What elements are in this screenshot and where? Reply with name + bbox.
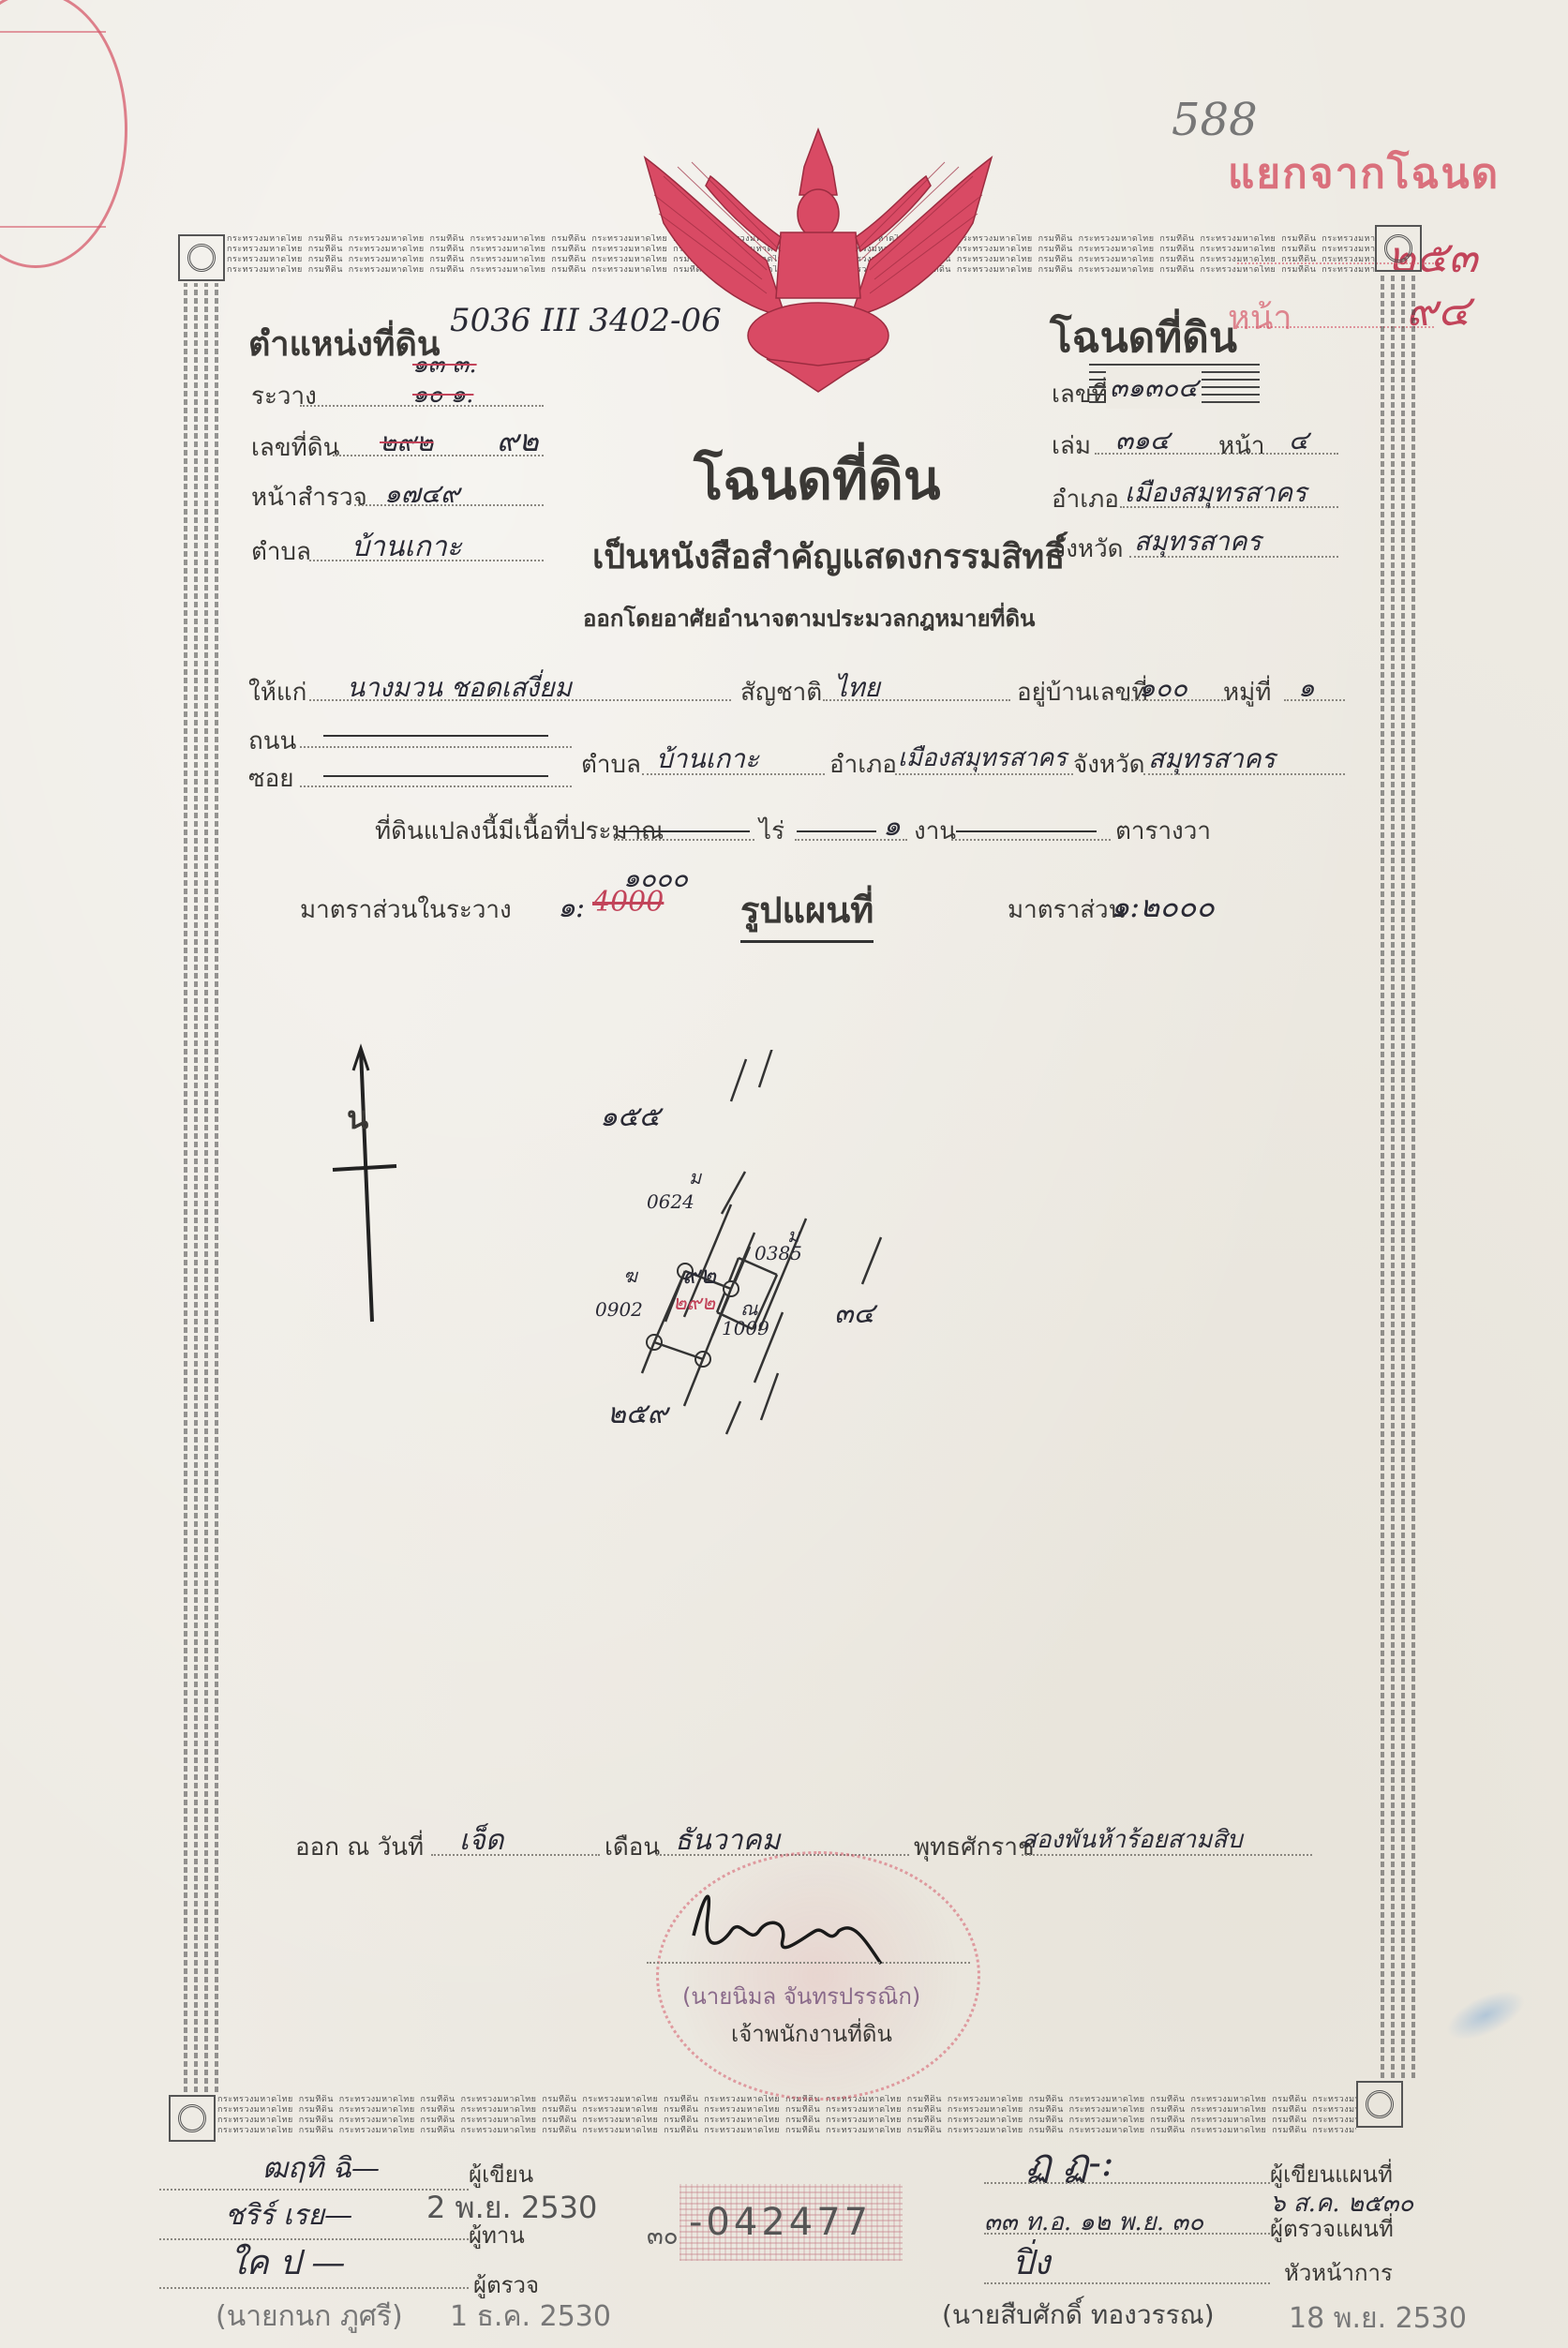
head-signature: ปิ่ง [1012,2236,1050,2289]
head-dotline [984,2282,1270,2284]
survey-page-label: หน้าสำรวจ [251,478,367,516]
soi-blank-line [323,775,548,777]
owner-district-label: อำเภอ [829,745,897,784]
wa-dotline [951,839,1111,841]
officer-signature-dotline [647,1962,970,1964]
deed-number-value: ๓๑๓๐๔ [1106,367,1202,409]
subdistrict-value: บ้านเกาะ [351,525,462,569]
issued-day-dotline [431,1854,600,1856]
red-stamp-separated-from-deed: แยกจากโฉนด [1228,141,1500,206]
corner-ornament-bottom-right [1356,2081,1403,2128]
rai-label: ไร่ [759,812,784,850]
road-label: ถนน [248,722,296,760]
rai-blank-line [619,830,750,832]
page-value: ๔ [1289,420,1308,461]
head-name: (นายสืบศักดิ์ ทองวรรณ) [942,2295,1215,2336]
neighbor-east: ๓๔ [834,1292,874,1336]
writer-signature: ฒฤทิ ฉิ— [262,2146,380,2191]
issued-month: ธันวาคม [675,1818,780,1862]
issued-year-label: พุทธศักราช [914,1828,1035,1866]
owner-district-value: เมืองสมุทรสาคร [898,739,1067,777]
moo-value: ๑ [1298,667,1315,709]
issued-label: ออก ณ วันที่ [295,1828,424,1866]
issued-year: สองพันห้าร้อยสามสิบ [1022,1820,1243,1859]
moo-label: หมู่ที่ [1223,673,1271,711]
microtext-border-bottom: กระทรวงมหาดไทย กรมที่ดิน กระทรวงมหาดไทย … [217,2095,1356,2136]
owner-subdistrict-value: บ้านเกาะ [656,739,759,780]
volume-value: ๓๑๔ [1115,420,1170,461]
checker-signature: ใค ป — [230,2236,345,2289]
owner-subdistrict-label: ตำบล [581,745,641,784]
sheet-scale-label: มาตราส่วนในระวาง [300,890,512,929]
parcel-label: เลขที่ดิน [251,428,339,467]
soi-label: ซอย [248,759,294,798]
reader-signature: ชริร์ เรย— [225,2193,352,2237]
house-no-label: อยู่บ้านเลขที่ [1017,673,1147,711]
deed-main-title: โฉนดที่ดิน [694,436,941,523]
issued-day: เจ็ด [459,1818,503,1862]
wa-blank-line [956,830,1097,832]
head-date-stamp: 18 พ.ย. 2530 [1289,2296,1467,2341]
officer-title: เจ้าพนักงานที่ดิน [731,2015,892,2052]
peg-mark-1009: ณ [740,1294,758,1324]
sheet-old-value: ๑๐ ๑. [412,375,473,413]
province-value: สมุทรสาคร [1134,521,1262,562]
subdistrict-label: ตำบล [251,532,311,571]
sheet-scale-new: ๑๐๐๐ [623,858,688,899]
map-checker-dotline [984,2233,1270,2235]
owner-name: นางมวน ชอดเสงี่ยม [347,667,572,709]
map-writer-dotline [984,2182,1270,2184]
wa-label: ตารางวา [1115,812,1211,850]
parcel-value: ๙๒ [497,417,539,465]
map-checker-label: ผู้ตรวจแผนที่ [1270,2210,1394,2247]
map-scale-label: มาตราส่วน [1008,890,1125,929]
district-value: เมืองสมุทรสาคร [1125,472,1307,514]
checker-date-stamp: 1 ธ.ค. 2530 [450,2295,611,2339]
red-stamp-page-label: หน้า [1228,291,1292,344]
ngan-blank-line [797,830,876,832]
head-label: หัวหน้าการ [1284,2254,1393,2291]
checker-dotline [159,2287,469,2289]
page-label: หน้า [1218,426,1265,465]
parcel-old-value: ๒๙๒ [380,422,433,463]
ngan-label: งาน [914,812,956,850]
map-title: รูปแผนที่ [740,881,874,943]
neighbor-north: ๑๕๕ [600,1095,660,1139]
garuda-emblem-icon [626,120,1010,401]
issued-month-label: เดือน [605,1828,660,1866]
microtext-border-right [1378,274,1419,2078]
nationality-label: สัญชาติ [740,673,822,711]
north-label: น [347,1092,368,1143]
reader-note: ๓๐ [647,2217,679,2255]
road-dotline [300,746,572,748]
officer-name: (นายนิมล จันทรปรรณิก) [682,1978,920,2014]
volume-label: เล่ม [1052,426,1091,465]
peg-label-0902: 0902 [595,1298,643,1321]
district-label: อำเภอ [1052,480,1119,518]
nationality-value: ไทย [834,667,880,709]
writer-dotline [159,2189,469,2191]
north-arrow-icon [323,1040,408,1340]
peg-mark-0624: ม [689,1162,701,1192]
parcel-red-label: ๒๙๒ [673,1286,715,1319]
deed-title-right: โฉนดที่ดิน [1050,305,1237,370]
corner-ornament-top-right [1375,225,1422,272]
serial-number: -042477 [689,2201,872,2244]
road-blank-line [323,735,548,737]
peg-mark-0902: ฆ [623,1261,637,1291]
corner-ornament-bottom-left [169,2095,216,2142]
peg-mark-0385: ม [787,1220,799,1250]
deed-subtitle: เป็นหนังสือสำคัญแสดงกรรมสิทธิ์ [592,530,1065,583]
sheet-label: ระวาง [251,377,317,415]
position-label: ตำแหน่งที่ดิน [248,317,440,370]
neighbor-south: ๒๕๙ [607,1392,667,1436]
position-value: 5036 III 3402-06 [450,302,722,339]
microtext-border-left [181,283,222,2092]
house-no-value: ๑๐๐ [1139,667,1187,709]
map-scale-value: ๑:๒๐๐๐ [1111,883,1215,931]
handwritten-top-number: 588 [1172,94,1258,146]
owner-province-label: จังหวัด [1073,745,1145,784]
owner-province-value: สมุทรสาคร [1148,739,1276,780]
survey-page-value: ๑๗๔๙ [384,473,460,515]
deed-issued-by: ออกโดยอาศัยอำนาจตามประมวลกฎหมายที่ดิน [583,600,1035,636]
corner-ornament-top-left [178,234,225,281]
owner-to-label: ให้แก่ [248,673,306,711]
peg-label-0624: 0624 [647,1190,694,1213]
soi-dotline [300,785,572,787]
officer-signature-icon [675,1879,918,1973]
ngan-value: ๑ [883,804,901,848]
reader-label: ผู้ทาน [469,2217,525,2253]
checker-name-stamp: (นายกนก ภูศรี) [216,2295,403,2339]
rai-dotline [614,839,754,841]
